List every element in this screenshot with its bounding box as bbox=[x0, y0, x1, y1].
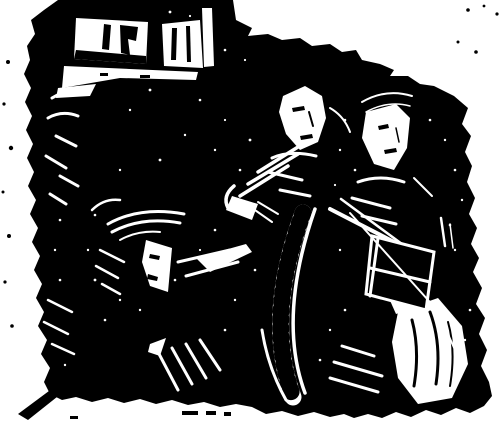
speckle bbox=[224, 329, 227, 332]
speckle bbox=[254, 269, 257, 272]
speckle bbox=[224, 49, 227, 52]
speckle bbox=[189, 15, 191, 17]
speckle bbox=[199, 99, 202, 102]
speckle bbox=[169, 11, 172, 14]
floor-dash bbox=[70, 416, 78, 419]
speckle bbox=[334, 184, 336, 186]
margin-speck bbox=[9, 146, 13, 150]
speckle bbox=[59, 279, 62, 282]
speckle bbox=[184, 134, 186, 136]
margin-speck bbox=[2, 191, 5, 194]
speckle bbox=[239, 249, 241, 251]
speckle bbox=[159, 159, 162, 162]
floor-dash bbox=[206, 411, 216, 415]
floor-dash bbox=[224, 412, 231, 416]
speckle bbox=[344, 119, 347, 122]
ink-illustration: Black-and-white ink illustration: four f… bbox=[0, 0, 502, 425]
speckle bbox=[59, 219, 62, 222]
speckle bbox=[214, 149, 216, 151]
margin-speck bbox=[457, 41, 460, 44]
margin-speck bbox=[495, 12, 498, 15]
speckle bbox=[94, 279, 97, 282]
speckle bbox=[214, 229, 217, 232]
speckle bbox=[129, 109, 131, 111]
margin-speck bbox=[6, 60, 10, 64]
speckle bbox=[149, 89, 152, 92]
speckle bbox=[354, 169, 357, 172]
margin-speck bbox=[483, 5, 486, 8]
margin-speck bbox=[10, 324, 14, 328]
speckle bbox=[54, 249, 56, 251]
speckle bbox=[224, 119, 226, 121]
margin-speck bbox=[3, 280, 6, 283]
speckle bbox=[319, 359, 322, 362]
speckle bbox=[244, 59, 246, 61]
speckle bbox=[461, 199, 463, 201]
speckle bbox=[234, 299, 236, 301]
speckle bbox=[339, 149, 341, 151]
margin-speck bbox=[7, 234, 11, 238]
floor-dash bbox=[182, 411, 198, 415]
sill-speck bbox=[140, 75, 150, 78]
speckle bbox=[119, 299, 121, 301]
speckle bbox=[249, 139, 252, 142]
speckle bbox=[469, 309, 472, 312]
window-right-pane-streak bbox=[171, 28, 177, 60]
speckle bbox=[429, 119, 432, 122]
speckle bbox=[464, 339, 466, 341]
window-right-pane bbox=[162, 20, 203, 68]
speckle bbox=[199, 249, 201, 251]
speckle bbox=[104, 319, 107, 322]
illustration-page: Black-and-white ink illustration: four f… bbox=[0, 0, 502, 425]
speckle bbox=[174, 279, 177, 282]
speckle bbox=[329, 329, 331, 331]
speckle bbox=[344, 309, 347, 312]
speckle bbox=[64, 364, 66, 366]
speckle bbox=[339, 249, 341, 251]
window-frame-gap bbox=[202, 8, 214, 67]
speckle bbox=[139, 309, 141, 311]
margin-speck bbox=[2, 102, 5, 105]
speckle bbox=[119, 169, 121, 171]
speckle bbox=[239, 169, 242, 172]
speckle bbox=[444, 139, 446, 141]
margin-speck bbox=[474, 50, 478, 54]
speckle bbox=[87, 249, 89, 251]
margin-speck bbox=[466, 8, 470, 12]
sill-speck bbox=[100, 73, 108, 76]
speckle bbox=[449, 224, 452, 227]
speckle bbox=[454, 249, 456, 251]
speckle bbox=[454, 169, 457, 172]
speckle bbox=[94, 214, 97, 217]
